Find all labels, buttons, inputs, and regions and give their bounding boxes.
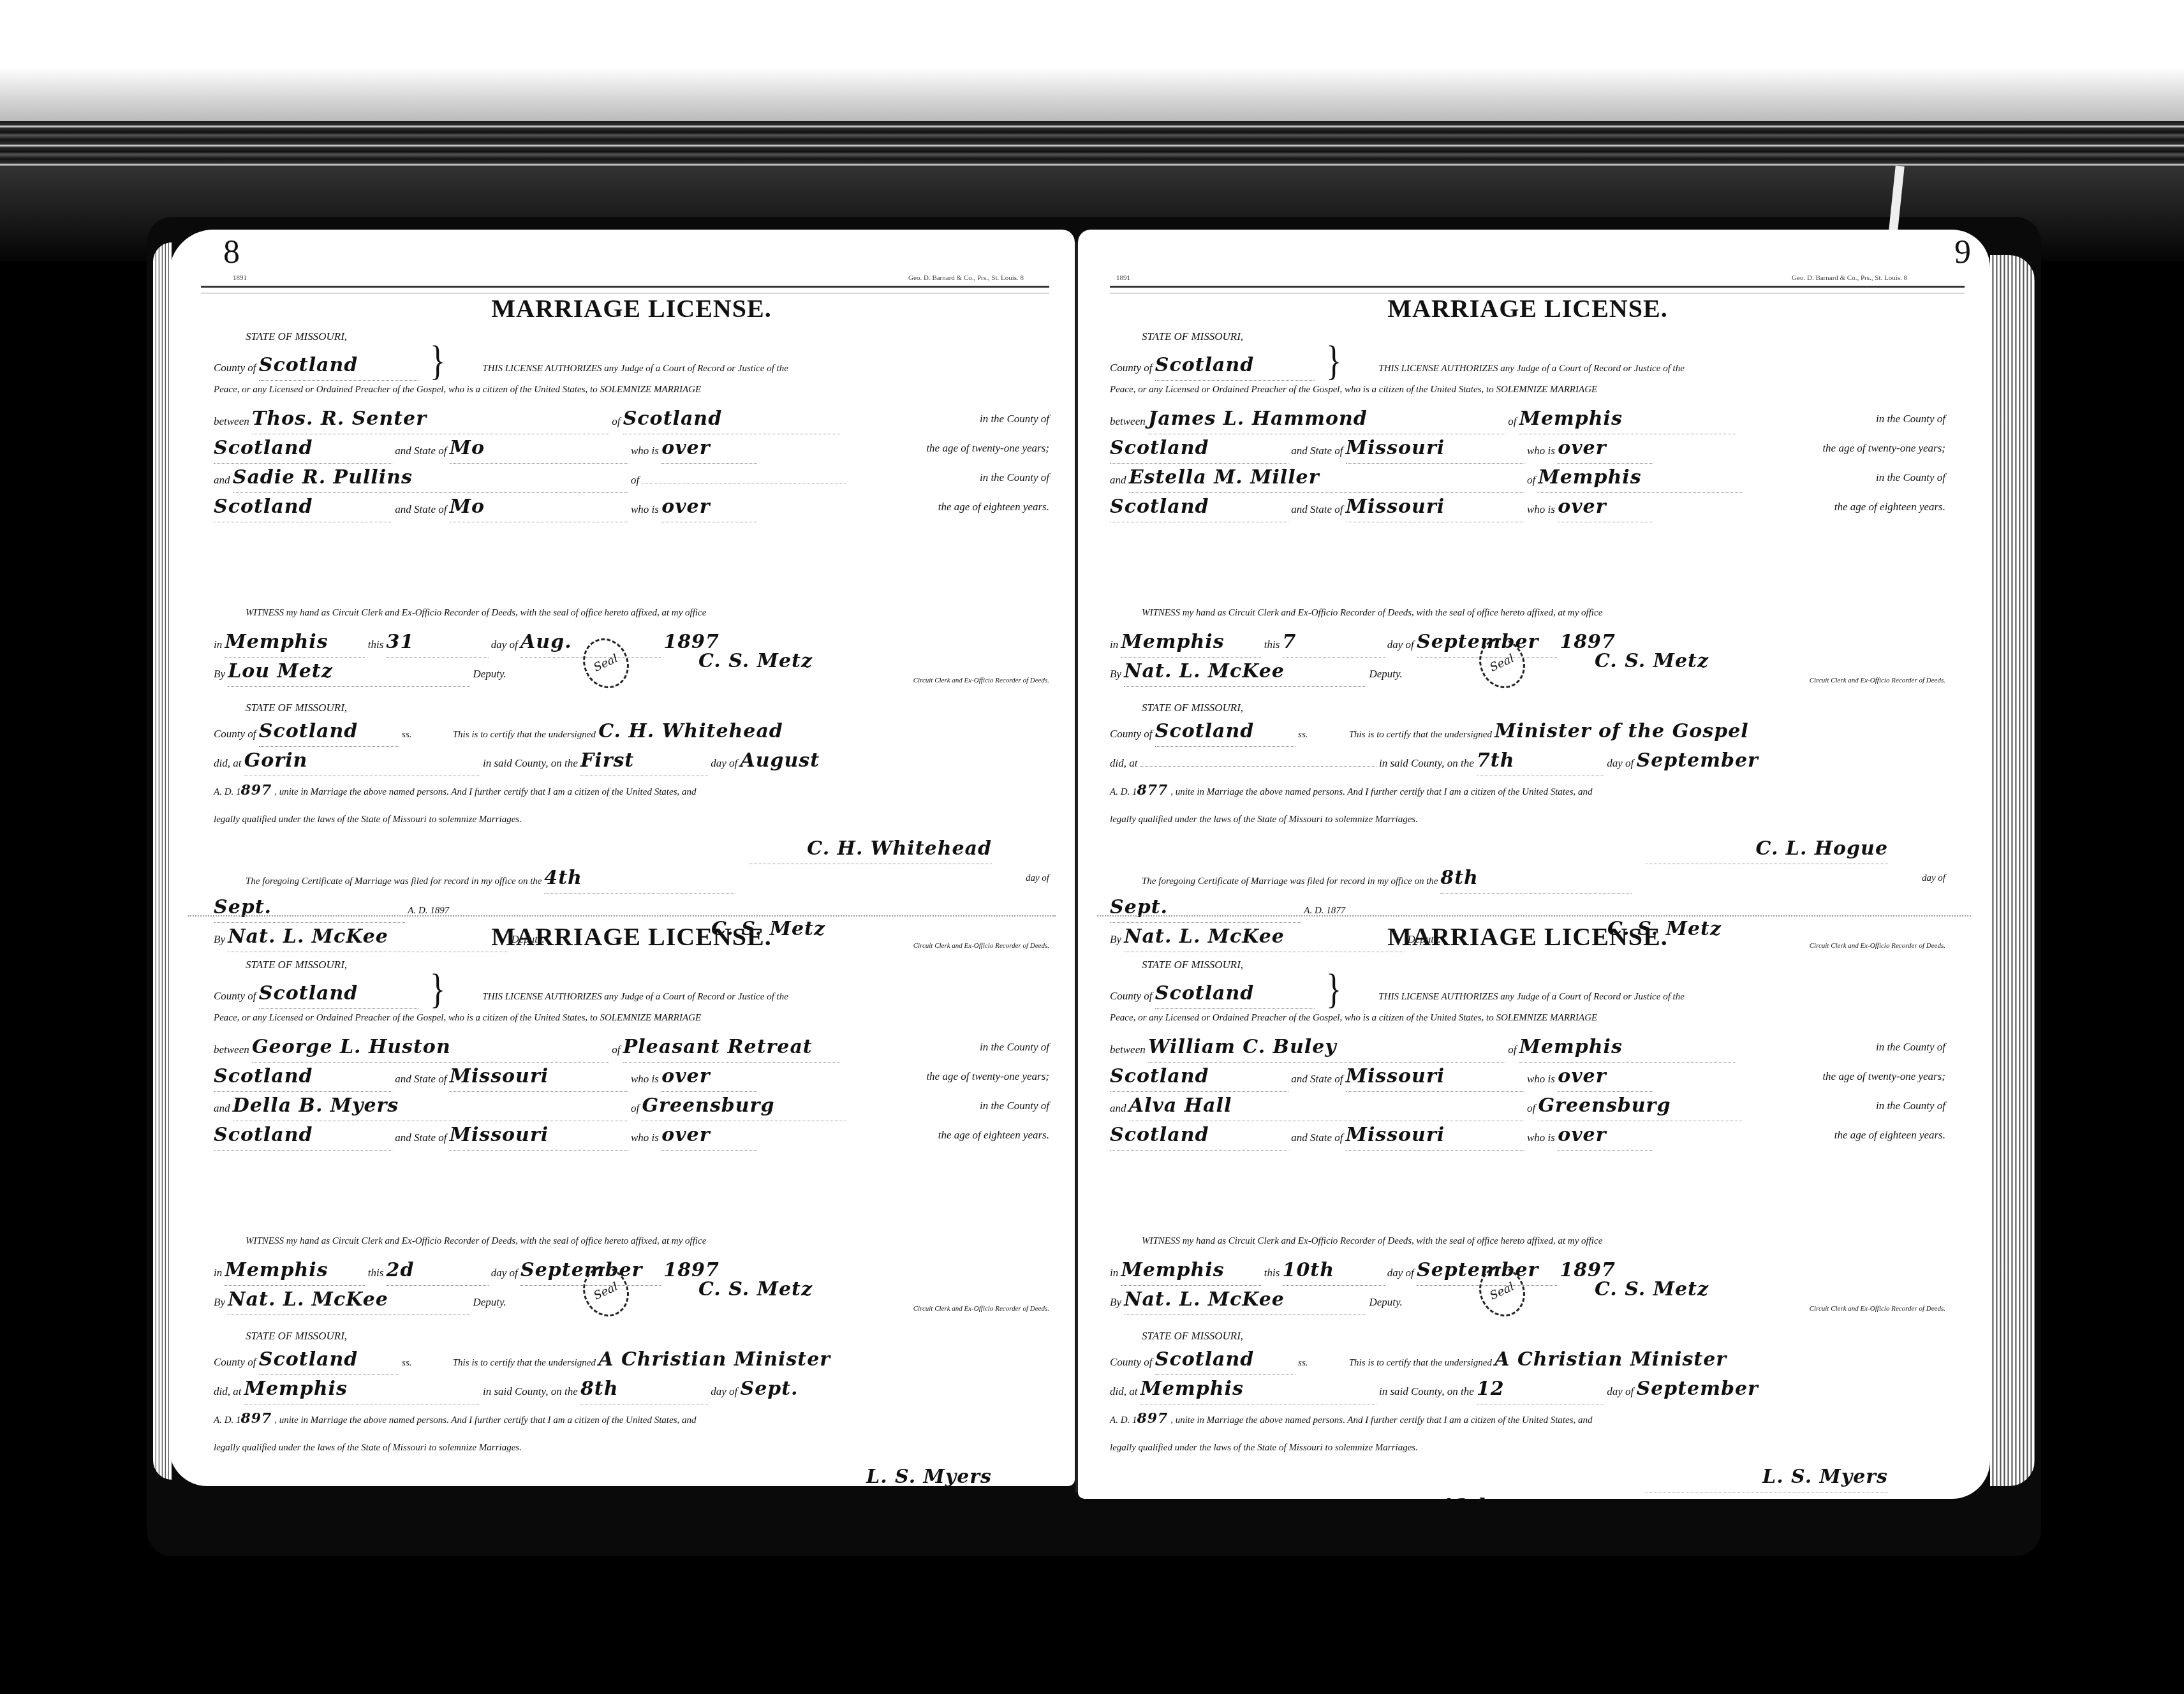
filed-day: 13th	[1440, 1492, 1632, 1499]
cert-county: Scotland	[259, 717, 399, 747]
unite-text: , unite in Marriage the above named pers…	[1170, 1415, 1592, 1425]
between-label: between	[214, 1043, 249, 1056]
deputy-name: Nat. L. McKee	[1124, 1285, 1366, 1315]
ceremony-year: 877	[1137, 782, 1169, 799]
bride-county: Scotland	[1110, 1121, 1288, 1151]
filed-day-of: day of	[1922, 864, 1945, 893]
and-state-label: and State of	[395, 445, 446, 457]
ceremony-place: Gorin	[244, 746, 480, 776]
by-label: By	[1110, 668, 1121, 680]
filed-text: The foregoing Certificate of Marriage wa…	[246, 876, 542, 887]
state-label: STATE OF MISSOURI,	[214, 956, 1049, 974]
in-said-county-label: in said County, on the	[483, 757, 578, 769]
who-is-label: who is	[1527, 1073, 1555, 1085]
groom-county: Scotland	[1110, 1062, 1288, 1092]
deputy-label: Deputy.	[473, 668, 506, 680]
age18-label: the age of eighteen years.	[1834, 492, 1945, 522]
officiant-name: A Christian Minister	[598, 1348, 830, 1371]
certify-text: This is to certify that the undersigned	[1349, 730, 1492, 740]
groom-name: James L. Hammond	[1148, 404, 1505, 434]
filed-day: 4th	[544, 864, 735, 894]
groom-state: Missouri	[450, 1062, 628, 1092]
did-at-label: did, at	[1110, 757, 1137, 769]
groom-name: Thos. R. Senter	[252, 404, 609, 434]
officiant-signature: L. S. Myers	[1646, 1462, 1888, 1492]
in-said-county-label: in said County, on the	[483, 1385, 578, 1397]
marriage-license: MARRIAGE LICENSE. STATE OF MISSOURI, Cou…	[1110, 922, 1945, 1499]
filed-day: 8th	[1440, 864, 1632, 894]
groom-name: William C. Buley	[1148, 1033, 1505, 1063]
filed-month: Sept.	[1110, 893, 1301, 923]
license-title: MARRIAGE LICENSE.	[214, 922, 1049, 956]
ceremony-month: September	[1636, 749, 1758, 772]
witness-day: 2d	[387, 1256, 489, 1286]
in-county-label: in the County of	[1876, 1033, 1945, 1062]
page-left: 8 1891 Geo. D. Barnard & Co., Prs., St. …	[169, 230, 1075, 1486]
bride-residence: Greensburg	[1538, 1091, 1742, 1121]
ceremony-place: Memphis	[1140, 1374, 1376, 1404]
age18-label: the age of eighteen years.	[938, 1121, 1049, 1150]
ceremony-month: August	[740, 749, 820, 772]
legally-text: legally qualified under the laws of the …	[1110, 1433, 1945, 1462]
and-label: and	[214, 474, 230, 486]
did-at-label: did, at	[214, 757, 241, 769]
ad-label: A. D. 1	[214, 1415, 241, 1425]
and-state-label: and State of	[395, 1131, 446, 1144]
ceremony-place	[1140, 766, 1376, 767]
groom-county: Scotland	[214, 1062, 392, 1092]
deputy-label: Deputy.	[1369, 668, 1402, 680]
witness-day: 7	[1283, 628, 1385, 658]
ad-label: A. D. 1	[1110, 787, 1137, 797]
and-state-label: and State of	[395, 503, 446, 515]
day-of-label: day of	[1387, 638, 1414, 651]
groom-county: Scotland	[1110, 434, 1288, 464]
clerk-signature: C. S. Metz	[698, 647, 813, 676]
in-county-label: in the County of	[1876, 404, 1945, 434]
peace-text: Peace, or any Licensed or Ordained Preac…	[214, 1003, 1049, 1033]
clerk-caption: Circuit Clerk and Ex-Officio Recorder of…	[913, 666, 1049, 695]
marriage-license: MARRIAGE LICENSE. STATE OF MISSOURI, Cou…	[214, 922, 1049, 1486]
day-of-label: day of	[1607, 1385, 1634, 1397]
license-divider	[188, 915, 1056, 917]
unite-text: , unite in Marriage the above named pers…	[274, 787, 696, 797]
and-label: and	[1110, 1102, 1126, 1114]
deputy-label: Deputy.	[1369, 1296, 1402, 1308]
clerk-signature: C. S. Metz	[1595, 1275, 1709, 1304]
officiant-name: A Christian Minister	[1494, 1348, 1727, 1371]
who-is-label: who is	[631, 503, 659, 515]
day-of-label: day of	[491, 1267, 518, 1279]
and-label: and	[214, 1102, 230, 1114]
witness-day: 31	[387, 628, 489, 658]
clerk-caption: Circuit Clerk and Ex-Officio Recorder of…	[913, 1294, 1049, 1323]
of-label: of	[1527, 474, 1535, 486]
brace: }	[430, 341, 445, 379]
in-county-label: in the County of	[1876, 1091, 1945, 1121]
ss-label: ss.	[1298, 1358, 1308, 1368]
in-county-label: in the County of	[1876, 463, 1945, 492]
witness-place: Memphis	[1121, 1256, 1261, 1286]
this-label: this	[1264, 1267, 1280, 1279]
state-label: STATE OF MISSOURI,	[1110, 328, 1945, 346]
bride-age: over	[1558, 492, 1653, 522]
witness-day: 10th	[1283, 1256, 1385, 1286]
bride-state: Missouri	[1346, 1121, 1524, 1151]
county-label: County of	[214, 362, 256, 374]
age18-label: the age of eighteen years.	[938, 492, 1049, 522]
ss-label: ss.	[402, 730, 411, 740]
county-label: County of	[1110, 362, 1153, 374]
this-label: this	[368, 638, 384, 651]
groom-state: Mo	[450, 434, 628, 464]
who-is-label: who is	[631, 1131, 659, 1144]
legally-text: legally qualified under the laws of the …	[1110, 805, 1945, 834]
deputy-name: Nat. L. McKee	[1124, 657, 1366, 687]
officiant-signature: L. S. Myers	[749, 1462, 992, 1486]
groom-state: Missouri	[1346, 1062, 1524, 1092]
this-label: this	[368, 1267, 384, 1279]
and-state-label: and State of	[1291, 1073, 1343, 1085]
between-label: between	[1110, 1043, 1146, 1056]
groom-age: over	[661, 434, 757, 464]
ceremony-month: September	[1636, 1378, 1758, 1400]
in-said-county-label: in said County, on the	[1379, 757, 1474, 769]
clerk-signature: C. S. Metz	[698, 1275, 813, 1304]
deputy-label: Deputy.	[473, 1296, 506, 1308]
of-label: of	[612, 1043, 620, 1056]
header-rule	[1110, 286, 1965, 293]
in-county-label: in the County of	[980, 463, 1049, 492]
between-label: between	[1110, 415, 1146, 427]
filed-month: Sept.	[214, 893, 405, 923]
who-is-label: who is	[1527, 503, 1555, 515]
filed-day-of: day of	[1922, 1492, 1945, 1499]
day-of-label: day of	[491, 638, 518, 651]
by-label: By	[214, 1296, 225, 1308]
in-county-label: in the County of	[980, 404, 1049, 434]
bride-state: Mo	[450, 492, 628, 522]
groom-age: over	[661, 1062, 757, 1092]
state-label: STATE OF MISSOURI,	[214, 328, 1049, 346]
bride-name: Della B. Myers	[233, 1091, 628, 1121]
who-is-label: who is	[631, 445, 659, 457]
and-state-label: and State of	[395, 1073, 446, 1085]
ceremony-day: 8th	[580, 1374, 708, 1404]
bride-age: over	[661, 1121, 757, 1151]
bride-residence: Memphis	[1538, 463, 1742, 493]
header-rule	[201, 286, 1049, 293]
ceremony-day: First	[580, 746, 708, 776]
of-label: of	[1527, 1102, 1535, 1114]
authorizes-text: THIS LICENSE AUTHORIZES any Judge of a C…	[482, 364, 788, 374]
in-label: in	[1110, 638, 1118, 651]
license-title: MARRIAGE LICENSE.	[1110, 922, 1945, 956]
day-of-label: day of	[711, 1385, 737, 1397]
officiant-signature: C. H. Whitehead	[749, 834, 992, 864]
groom-age: over	[1558, 434, 1653, 464]
bride-age: over	[661, 492, 757, 522]
cert-state-label: STATE OF MISSOURI,	[214, 699, 1049, 717]
ceremony-place: Memphis	[244, 1374, 480, 1404]
age21-label: the age of twenty-one years;	[926, 1062, 1049, 1091]
witness-place: Memphis	[225, 628, 365, 658]
printer-imprint: Geo. D. Barnard & Co., Prs., St. Louis. …	[1792, 274, 1907, 282]
authorizes-text: THIS LICENSE AUTHORIZES any Judge of a C…	[482, 992, 788, 1002]
county-label: County of	[1110, 1356, 1153, 1368]
day-of-label: day of	[711, 757, 737, 769]
officiant-name: Minister of the Gospel	[1494, 720, 1748, 742]
legally-text: legally qualified under the laws of the …	[214, 805, 1049, 834]
witness-text: WITNESS my hand as Circuit Clerk and Ex-…	[1110, 1226, 1945, 1256]
ad-label: A. D. 1	[1110, 1415, 1137, 1425]
cert-county: Scotland	[259, 1345, 399, 1375]
ceremony-year: 897	[1137, 1410, 1169, 1427]
bride-name: Alva Hall	[1129, 1091, 1524, 1121]
of-label: of	[1508, 415, 1516, 427]
day-of-label: day of	[1607, 757, 1634, 769]
did-at-label: did, at	[214, 1385, 241, 1397]
groom-county: Scotland	[214, 434, 392, 464]
cert-state-label: STATE OF MISSOURI,	[1110, 699, 1945, 717]
by-label: By	[214, 668, 225, 680]
legally-text: legally qualified under the laws of the …	[214, 1433, 1049, 1462]
peace-text: Peace, or any Licensed or Ordained Preac…	[1110, 1003, 1945, 1033]
bride-county: Scotland	[214, 492, 392, 522]
marriage-license: MARRIAGE LICENSE. STATE OF MISSOURI, Cou…	[1110, 293, 1945, 925]
of-label: of	[612, 415, 620, 427]
state-label: STATE OF MISSOURI,	[1110, 956, 1945, 974]
bride-name: Estella M. Miller	[1129, 463, 1524, 493]
bride-state: Missouri	[450, 1121, 628, 1151]
license-title: MARRIAGE LICENSE.	[214, 293, 1049, 328]
by-label: By	[1110, 1296, 1121, 1308]
officiant-signature: C. L. Hogue	[1646, 834, 1888, 864]
page-number: 9	[1954, 233, 1971, 271]
clerk-caption: Circuit Clerk and Ex-Officio Recorder of…	[1810, 1294, 1945, 1323]
book-right-page-edges	[1990, 255, 2035, 1486]
cert-state-label: STATE OF MISSOURI,	[214, 1327, 1049, 1345]
deputy-name: Nat. L. McKee	[228, 1285, 470, 1315]
day-of-label: day of	[1387, 1267, 1414, 1279]
groom-residence: Pleasant Retreat	[623, 1033, 840, 1063]
header-year: 1891	[233, 274, 247, 282]
bride-residence: Greensburg	[642, 1091, 846, 1121]
certify-text: This is to certify that the undersigned	[453, 1358, 596, 1368]
officiant-name: C. H. Whitehead	[598, 720, 783, 742]
age21-label: the age of twenty-one years;	[1822, 434, 1945, 463]
bride-age: over	[1558, 1121, 1653, 1151]
clerk-caption: Circuit Clerk and Ex-Officio Recorder of…	[1810, 666, 1945, 695]
filed-day-of: day of	[1026, 864, 1049, 893]
authorizes-text: THIS LICENSE AUTHORIZES any Judge of a C…	[1378, 364, 1685, 374]
county-label: County of	[214, 990, 256, 1002]
bride-county: Scotland	[1110, 492, 1288, 522]
unite-text: , unite in Marriage the above named pers…	[274, 1415, 696, 1425]
groom-age: over	[1558, 1062, 1653, 1092]
in-said-county-label: in said County, on the	[1379, 1385, 1474, 1397]
printer-imprint: Geo. D. Barnard & Co., Prs., St. Louis. …	[908, 274, 1024, 282]
ceremony-day: 7th	[1477, 746, 1604, 776]
of-label: of	[631, 1102, 639, 1114]
county-label: County of	[1110, 728, 1153, 740]
marriage-license: MARRIAGE LICENSE. STATE OF MISSOURI, Cou…	[214, 293, 1049, 925]
county-label: County of	[1110, 990, 1153, 1002]
of-label: of	[631, 474, 639, 486]
deputy-name: Lou Metz	[228, 657, 470, 687]
in-label: in	[1110, 1267, 1118, 1279]
in-county-label: in the County of	[980, 1033, 1049, 1062]
certify-text: This is to certify that the undersigned	[453, 730, 596, 740]
witness-text: WITNESS my hand as Circuit Clerk and Ex-…	[214, 598, 1049, 628]
ceremony-year: 897	[241, 1410, 272, 1427]
ceremony-month: Sept.	[740, 1378, 798, 1400]
filed-text: The foregoing Certificate of Marriage wa…	[1142, 876, 1438, 887]
bride-county: Scotland	[214, 1121, 392, 1151]
between-label: between	[214, 415, 249, 427]
page-number: 8	[223, 233, 240, 271]
cert-county: Scotland	[1155, 717, 1295, 747]
and-state-label: and State of	[1291, 1131, 1343, 1144]
in-label: in	[214, 638, 222, 651]
groom-state: Missouri	[1346, 434, 1524, 464]
filed-ad: A. D. 1897	[408, 906, 449, 916]
brace: }	[430, 969, 445, 1008]
in-county-label: in the County of	[980, 1091, 1049, 1121]
who-is-label: who is	[1527, 445, 1555, 457]
ceremony-day: 12	[1477, 1374, 1604, 1404]
page-right: 9 1891 Geo. D. Barnard & Co., Prs., St. …	[1078, 230, 1990, 1499]
groom-name: George L. Huston	[252, 1033, 609, 1063]
in-label: in	[214, 1267, 222, 1279]
of-label: of	[1508, 1043, 1516, 1056]
groom-residence: Memphis	[1519, 404, 1736, 434]
certify-text: This is to certify that the undersigned	[1349, 1358, 1492, 1368]
bride-residence	[642, 483, 846, 483]
filed-ad: A. D. 1877	[1304, 906, 1345, 916]
witness-text: WITNESS my hand as Circuit Clerk and Ex-…	[1110, 598, 1945, 628]
clerk-signature: C. S. Metz	[1595, 647, 1709, 676]
license-title: MARRIAGE LICENSE.	[1110, 293, 1945, 328]
age18-label: the age of eighteen years.	[1834, 1121, 1945, 1150]
this-label: this	[1264, 638, 1280, 651]
county-label: County of	[214, 728, 256, 740]
age21-label: the age of twenty-one years;	[926, 434, 1049, 463]
witness-place: Memphis	[225, 1256, 365, 1286]
witness-text: WITNESS my hand as Circuit Clerk and Ex-…	[214, 1226, 1049, 1256]
groom-residence: Scotland	[623, 404, 840, 434]
peace-text: Peace, or any Licensed or Ordained Preac…	[1110, 375, 1945, 404]
county-label: County of	[214, 1356, 256, 1368]
and-state-label: and State of	[1291, 503, 1343, 515]
unite-text: , unite in Marriage the above named pers…	[1170, 787, 1592, 797]
bride-name: Sadie R. Pullins	[233, 463, 628, 493]
ss-label: ss.	[402, 1358, 411, 1368]
ad-label: A. D. 1	[214, 787, 241, 797]
authorizes-text: THIS LICENSE AUTHORIZES any Judge of a C…	[1378, 992, 1685, 1002]
and-state-label: and State of	[1291, 445, 1343, 457]
cert-county: Scotland	[1155, 1345, 1295, 1375]
brace: }	[1326, 969, 1341, 1008]
age21-label: the age of twenty-one years;	[1822, 1062, 1945, 1091]
scan-top-background	[0, 0, 2184, 121]
ss-label: ss.	[1298, 730, 1308, 740]
who-is-label: who is	[1527, 1131, 1555, 1144]
and-label: and	[1110, 474, 1126, 486]
who-is-label: who is	[631, 1073, 659, 1085]
witness-place: Memphis	[1121, 628, 1261, 658]
did-at-label: did, at	[1110, 1385, 1137, 1397]
bride-state: Missouri	[1346, 492, 1524, 522]
peace-text: Peace, or any Licensed or Ordained Preac…	[214, 375, 1049, 404]
cert-state-label: STATE OF MISSOURI,	[1110, 1327, 1945, 1345]
license-divider	[1097, 915, 1971, 917]
groom-residence: Memphis	[1519, 1033, 1736, 1063]
ceremony-year: 897	[241, 782, 272, 799]
header-year: 1891	[1116, 274, 1130, 282]
brace: }	[1326, 341, 1341, 379]
